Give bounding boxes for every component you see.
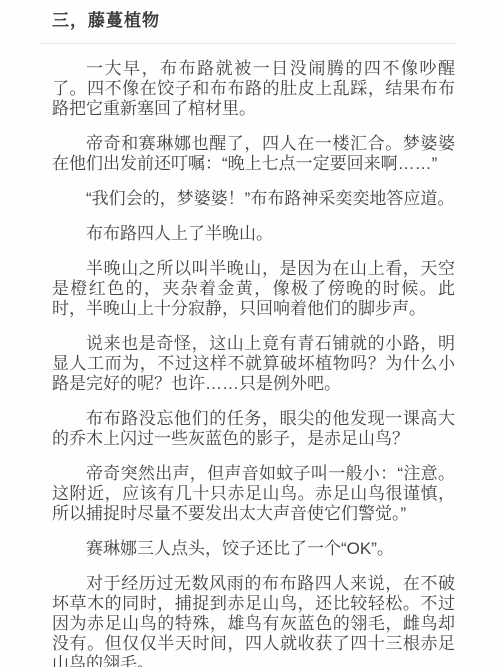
paragraph: 说来也是奇怪，这山上竟有青石铺就的小路，明显人工而为，不过这样不就算破坏植物吗？…: [52, 334, 455, 394]
title-divider: [40, 43, 457, 44]
paragraph: 一大早，布布路就被一日没闹腾的四不像吵醒了。四不像在饺子和布布路的肚皮上乱踩，结…: [52, 59, 455, 119]
paragraph: “我们会的，梦婆婆！”布布路神采奕奕地答应道。: [52, 189, 455, 209]
paragraph: 赛琳娜三人点头，饺子还比了一个“OK”。: [52, 539, 455, 559]
chapter-content: 一大早，布布路就被一日没闹腾的四不像吵醒了。四不像在饺子和布布路的肚皮上乱踩，结…: [0, 59, 500, 667]
paragraph: 半晚山之所以叫半晚山，是因为在山上看，天空是橙红色的，夹杂着金黄，像极了傍晚的时…: [52, 259, 455, 319]
paragraph: 帝奇和赛琳娜也醒了，四人在一楼汇合。梦婆婆在他们出发前还叮嘱：“晚上七点一定要回…: [52, 134, 455, 174]
paragraph: 对于经历过无数风雨的布布路四人来说，在不破坏草木的同时，捕捉到赤足山鸟，还比较轻…: [52, 574, 455, 667]
paragraph: 布布路没忘他们的任务，眼尖的他发现一课高大的乔木上闪过一些灰蓝色的影子，是赤足山…: [52, 409, 455, 449]
reader-page: 三，藤蔓植物 一大早，布布路就被一日没闹腾的四不像吵醒了。四不像在饺子和布布路的…: [0, 0, 500, 667]
paragraph: 布布路四人上了半晚山。: [52, 224, 455, 244]
paragraph: 帝奇突然出声，但声音如蚊子叫一般小：“注意。这附近，应该有几十只赤足山鸟。赤足山…: [52, 464, 455, 524]
chapter-title: 三，藤蔓植物: [52, 11, 455, 31]
